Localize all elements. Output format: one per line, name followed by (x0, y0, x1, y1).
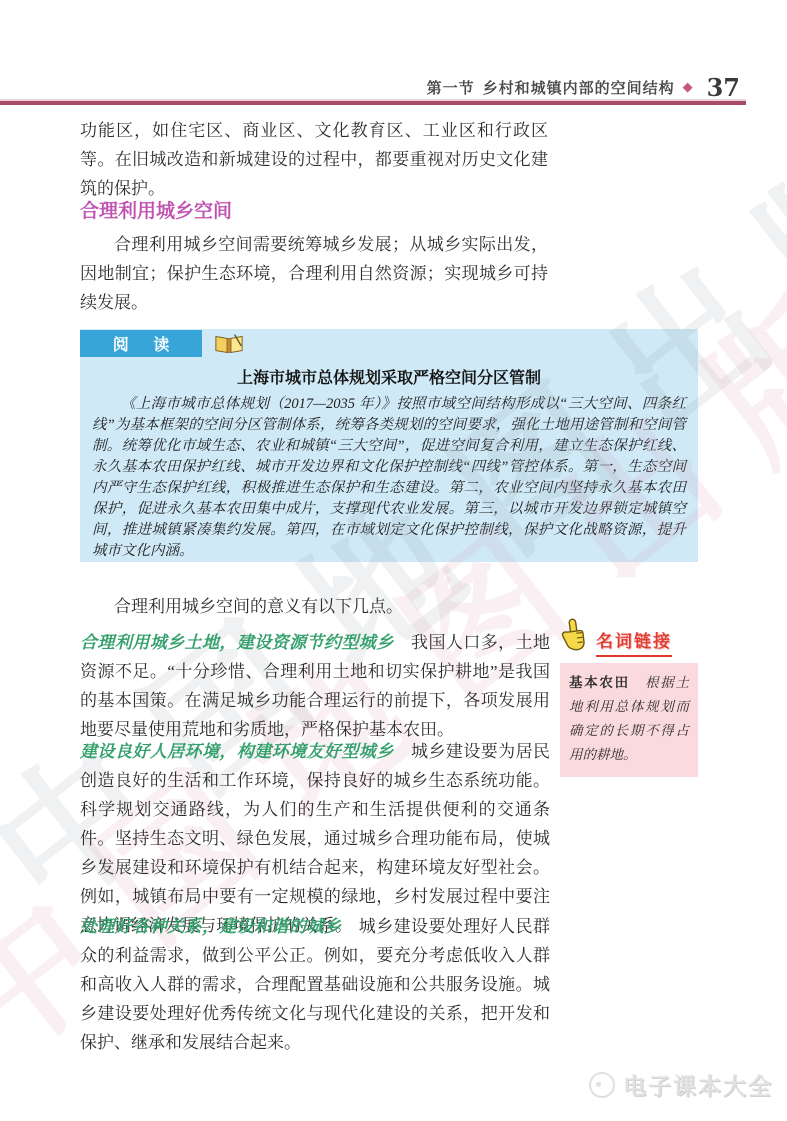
reading-box: 阅 读 上海市城市总体规划采取严格空间分区管制 《上海市城市总体规划（2017—… (80, 329, 698, 562)
point-2-text: 城乡建设要为居民创造良好的生活和工作环境，保持良好的城乡生态系统功能。科学规划交… (80, 742, 550, 935)
pointing-hand-icon (560, 618, 588, 657)
section-heading: 合理利用城乡空间 (80, 196, 232, 223)
term-link-box: 基本农田 根据土地利用总体规划而确定的长期不得占用的耕地。 (560, 663, 698, 777)
intro-paragraph: 功能区，如住宅区、商业区、文化教育区、工业区和行政区等。在旧城改造和新城建设的过… (80, 116, 548, 203)
point-3-heading: 处理好各种关系，建设和谐的城乡 (80, 917, 341, 936)
point-3-text: 城乡建设要处理好人民群众的利益需求，做到公平公正。例如，要充分考虑低收入人群和高… (80, 917, 550, 1052)
site-logo-icon (589, 1072, 615, 1098)
section-lead-paragraph: 合理利用城乡空间需要统筹城乡发展；从城乡实际出发，因地制宜；保护生态环境，合理利… (80, 230, 548, 317)
header-rule (0, 101, 746, 105)
chapter-title: 乡村和城镇内部的空间结构 (483, 77, 675, 98)
footer-watermark: 电子课本大全 (589, 1068, 773, 1101)
reading-body: 《上海市城市总体规划（2017—2035 年）》按照市域空间结构形成以“三大空间… (92, 394, 686, 562)
term-name: 基本农田 (569, 675, 630, 690)
reading-tab: 阅 读 (80, 330, 202, 357)
textbook-page: 中国地图出版社 中国地图出版社 第一节 乡村和城镇内部的空间结构 ◆ 37 功能… (0, 0, 787, 1121)
point-2-heading: 建设良好人居环境，构建环境友好型城乡 (80, 742, 394, 761)
page-number: 37 (707, 73, 740, 102)
point-paragraph-1: 合理利用城乡土地，建设资源节约型城乡我国人口多，土地资源不足。“十分珍惜、合理利… (80, 628, 550, 744)
page-header: 第一节 乡村和城镇内部的空间结构 ◆ 37 (0, 74, 740, 100)
reading-title: 上海市城市总体规划采取严格空间分区管制 (90, 365, 688, 388)
term-link-sidebar: 名词链接 基本农田 根据土地利用总体规划而确定的长期不得占用的耕地。 (560, 618, 700, 777)
significance-intro: 合理利用城乡空间的意义有以下几点。 (80, 592, 548, 621)
point-paragraph-3: 处理好各种关系，建设和谐的城乡城乡建设要处理好人民群众的利益需求，做到公平公正。… (80, 912, 550, 1057)
open-book-icon (214, 332, 244, 361)
diamond-icon: ◆ (683, 79, 693, 95)
footer-watermark-text: 电子课本大全 (623, 1068, 773, 1101)
point-1-heading: 合理利用城乡土地，建设资源节约型城乡 (80, 633, 394, 652)
term-link-label: 名词链接 (596, 627, 672, 657)
section-label: 第一节 (427, 77, 475, 98)
point-paragraph-2: 建设良好人居环境，构建环境友好型城乡城乡建设要为居民创造良好的生活和工作环境，保… (80, 737, 550, 940)
